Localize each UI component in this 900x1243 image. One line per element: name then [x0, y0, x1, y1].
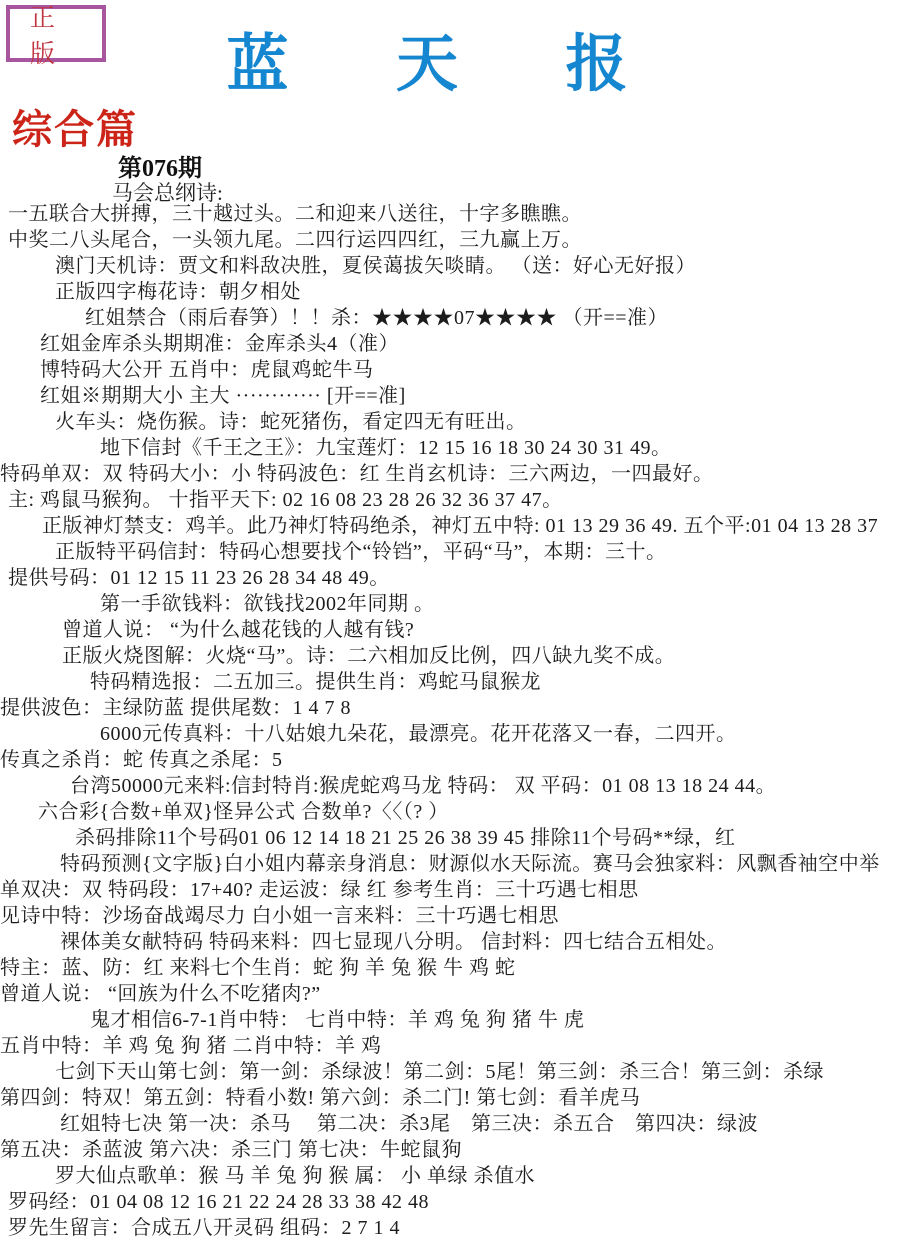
text-line: 罗先生留言：合成五八开灵码 组码：2 7 1 4	[0, 1215, 900, 1241]
text-line: 中奖二八头尾合，一头领九尾。二四行运四四红，三九赢上万。	[0, 227, 900, 253]
text-line: 六合彩{合数+单双}怪异公式 合数单?〈〈（? ）	[0, 799, 900, 825]
text-line: 见诗中特：沙场奋战竭尽力 白小姐一言来料：三十巧遇七相思	[0, 903, 900, 929]
text-line: 火车头：烧伤猴。诗：蛇死猪伤，看定四无有旺出。	[0, 409, 900, 435]
text-line: 曾道人说： “回族为什么不吃猪肉?”	[0, 981, 900, 1007]
section-title: 综合篇	[12, 98, 138, 155]
text-line: 第四剑：特双！第五剑：特看小数! 第六剑：杀二门! 第七剑：看羊虎马	[0, 1085, 900, 1111]
text-line: 七剑下天山第七剑：第一剑：杀绿波！第二剑：5尾！第三剑：杀三合！第三剑：杀绿	[0, 1059, 900, 1085]
text-line: 正版神灯禁支：鸡羊。此乃神灯特码绝杀，神灯五中特: 01 13 29 36 49…	[0, 513, 900, 539]
text-line: 五肖中特：羊 鸡 兔 狗 猪 二肖中特：羊 鸡	[0, 1033, 900, 1059]
content-lines: 一五联合大拼搏，三十越过头。二和迎来八送往，十字多瞧瞧。中奖二八头尾合，一头领九…	[0, 201, 900, 1241]
text-line: 罗大仙点歌单：猴 马 羊 兔 狗 猴 属： 小 单绿 杀值水	[0, 1163, 900, 1189]
text-line: 正版特平码信封：特码心想要找个“铃铛”，平码“马”，本期：三十。	[0, 539, 900, 565]
text-line: 曾道人说： “为什么越花钱的人越有钱?	[0, 617, 900, 643]
text-line: 鬼才相信6-7-1肖中特： 七肖中特：羊 鸡 兔 狗 猪 牛 虎	[0, 1007, 900, 1033]
text-line: 地下信封《千王之王》：九宝莲灯：12 15 16 18 30 24 30 31 …	[0, 435, 900, 461]
text-line: 正版火烧图解：火烧“马”。诗：二六相加反比例，四八缺九奖不成。	[0, 643, 900, 669]
text-line: 特码单双：双 特码大小：小 特码波色：红 生肖玄机诗：三六两边，一四最好。	[0, 461, 900, 487]
text-line: 正版四字梅花诗：朝夕相处	[0, 279, 900, 305]
text-line: 杀码排除11个号码01 06 12 14 18 21 25 26 38 39 4…	[0, 825, 900, 851]
text-line: 澳门天机诗：贾文和料敌决胜，夏侯蔼拔矢啖睛。 （送：好心无好报）	[0, 253, 900, 279]
text-line: 红姐禁合（雨后春笋）！！杀：★★★★07★★★★ （开==准）	[0, 305, 900, 331]
text-line: 台湾50000元来料:信封特肖:猴虎蛇鸡马龙 特码： 双 平码：01 08 13…	[0, 773, 900, 799]
text-line: 6000元传真料：十八姑娘九朵花，最漂亮。花开花落又一春，二四开。	[0, 721, 900, 747]
text-line: 罗码经：01 04 08 12 16 21 22 24 28 33 38 42 …	[0, 1189, 900, 1215]
text-line: 第五决：杀蓝波 第六决：杀三门 第七决：牛蛇鼠狗	[0, 1137, 900, 1163]
page-title: 蓝 天 报	[0, 14, 900, 103]
text-line: 传真之杀肖：蛇 传真之杀尾：5	[0, 747, 900, 773]
text-line: 特码预测{文字版}白小姐内幕亲身消息：财源似水天际流。赛马会独家料：风飘香袖空中…	[0, 851, 900, 877]
text-line: 提供波色：主绿防蓝 提供尾数：1 4 7 8	[0, 695, 900, 721]
text-line: 裸体美女献特码 特码来料：四七显现八分明。 信封料：四七结合五相处。	[0, 929, 900, 955]
text-line: 特主：蓝、防：红 来料七个生肖：蛇 狗 羊 兔 猴 牛 鸡 蛇	[0, 955, 900, 981]
text-line: 一五联合大拼搏，三十越过头。二和迎来八送往，十字多瞧瞧。	[0, 201, 900, 227]
tip-sheet-page: 正 版 蓝 天 报 综合篇 第076期 马会总纲诗: 一五联合大拼搏，三十越过头…	[0, 0, 900, 1243]
text-line: 博特码大公开 五肖中：虎鼠鸡蛇牛马	[0, 357, 900, 383]
text-line: 提供号码：01 12 15 11 23 26 28 34 48 49。	[0, 565, 900, 591]
text-line: 红姐特七决 第一决：杀马 第二决：杀3尾 第三决：杀五合 第四决：绿波	[0, 1111, 900, 1137]
text-line: 单双决：双 特码段：17+40? 走运波：绿 红 参考生肖：三十巧遇七相思	[0, 877, 900, 903]
text-line: 红姐※期期大小 主大 ············ [开==准]	[0, 383, 900, 409]
text-line: 主: 鸡鼠马猴狗。 十指平天下: 02 16 08 23 28 26 32 36…	[0, 487, 900, 513]
text-line: 红姐金库杀头期期准：金库杀头4（准）	[0, 331, 900, 357]
text-line: 特码精选报：二五加三。提供生肖：鸡蛇马鼠猴龙	[0, 669, 900, 695]
text-line: 第一手欲钱料：欲钱找2002年同期 。	[0, 591, 900, 617]
